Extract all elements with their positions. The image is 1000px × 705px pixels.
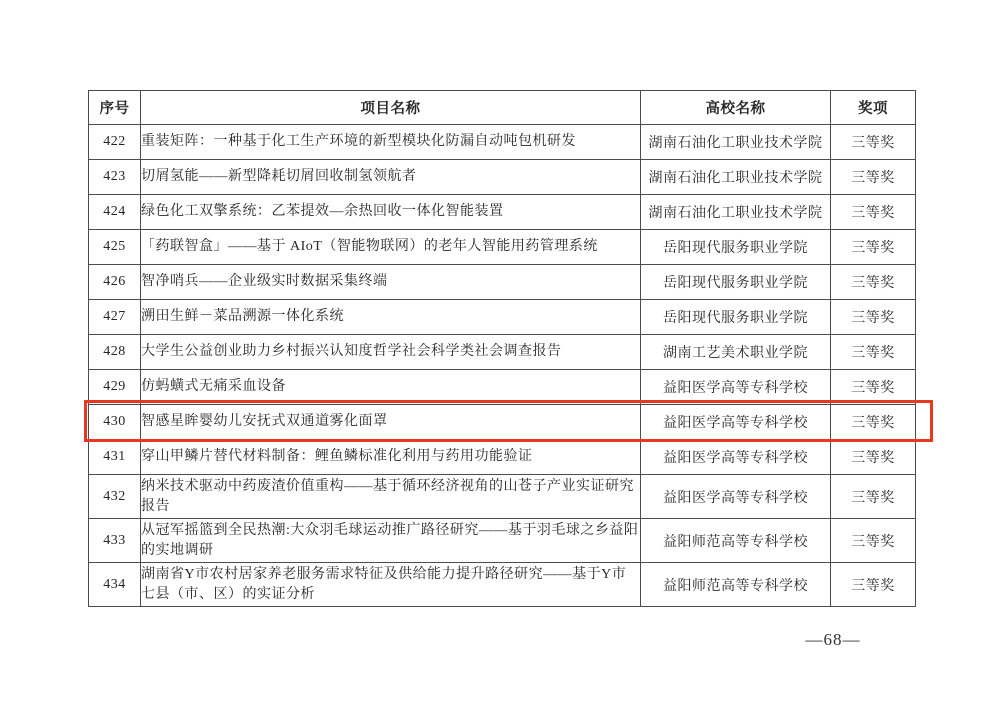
cell-project-name: 纳米技术驱动中药废渣价值重构——基于循环经济视角的山苍子产业实证研究报告 bbox=[141, 475, 641, 519]
cell-serial-number: 425 bbox=[89, 230, 141, 265]
cell-project-name: 切屑氢能——新型降耗切屑回收制氢领航者 bbox=[141, 160, 641, 195]
award-table: 序号 项目名称 高校名称 奖项 422 重装矩阵：一种基于化工生产环境的新型模块… bbox=[88, 90, 916, 607]
cell-award: 三等奖 bbox=[831, 440, 916, 475]
table-row: 433 从冠军摇篮到全民热潮:大众羽毛球运动推广路径研究——基于羽毛球之乡益阳的… bbox=[89, 519, 916, 563]
cell-school-name: 益阳医学高等专科学校 bbox=[641, 370, 831, 405]
cell-project-name: 从冠军摇篮到全民热潮:大众羽毛球运动推广路径研究——基于羽毛球之乡益阳的实地调研 bbox=[141, 519, 641, 563]
cell-serial-number: 430 bbox=[89, 405, 141, 440]
cell-award: 三等奖 bbox=[831, 125, 916, 160]
cell-serial-number: 433 bbox=[89, 519, 141, 563]
table-row-highlighted: 430 智感星眸婴幼儿安抚式双通道雾化面罩 益阳医学高等专科学校 三等奖 bbox=[89, 405, 916, 440]
cell-project-name: 仿蚂蟥式无痛采血设备 bbox=[141, 370, 641, 405]
cell-award: 三等奖 bbox=[831, 405, 916, 440]
cell-serial-number: 434 bbox=[89, 563, 141, 607]
table-row: 429 仿蚂蟥式无痛采血设备 益阳医学高等专科学校 三等奖 bbox=[89, 370, 916, 405]
header-school-name: 高校名称 bbox=[641, 91, 831, 125]
cell-school-name: 湖南石油化工职业技术学院 bbox=[641, 195, 831, 230]
cell-project-name: 大学生公益创业助力乡村振兴认知度哲学社会科学类社会调查报告 bbox=[141, 335, 641, 370]
cell-school-name: 岳阳现代服务职业学院 bbox=[641, 265, 831, 300]
cell-award: 三等奖 bbox=[831, 160, 916, 195]
cell-school-name: 岳阳现代服务职业学院 bbox=[641, 300, 831, 335]
table-row: 431 穿山甲鳞片替代材料制备：鲤鱼鳞标准化利用与药用功能验证 益阳医学高等专科… bbox=[89, 440, 916, 475]
cell-project-name: 绿色化工双擎系统：乙苯提效—余热回收一体化智能装置 bbox=[141, 195, 641, 230]
table-row: 432 纳米技术驱动中药废渣价值重构——基于循环经济视角的山苍子产业实证研究报告… bbox=[89, 475, 916, 519]
table-row: 424 绿色化工双擎系统：乙苯提效—余热回收一体化智能装置 湖南石油化工职业技术… bbox=[89, 195, 916, 230]
cell-project-name: 溯田生鲜－菜品溯源一体化系统 bbox=[141, 300, 641, 335]
cell-project-name: 湖南省Y市农村居家养老服务需求特征及供给能力提升路径研究——基于Y市七县（市、区… bbox=[141, 563, 641, 607]
document-page: 序号 项目名称 高校名称 奖项 422 重装矩阵：一种基于化工生产环境的新型模块… bbox=[0, 0, 1000, 705]
cell-project-name: 智感星眸婴幼儿安抚式双通道雾化面罩 bbox=[141, 405, 641, 440]
table-row: 426 智净哨兵——企业级实时数据采集终端 岳阳现代服务职业学院 三等奖 bbox=[89, 265, 916, 300]
page-number: —68— bbox=[793, 630, 873, 650]
table-row: 427 溯田生鲜－菜品溯源一体化系统 岳阳现代服务职业学院 三等奖 bbox=[89, 300, 916, 335]
cell-serial-number: 426 bbox=[89, 265, 141, 300]
cell-serial-number: 428 bbox=[89, 335, 141, 370]
cell-award: 三等奖 bbox=[831, 475, 916, 519]
cell-award: 三等奖 bbox=[831, 335, 916, 370]
cell-project-name: 智净哨兵——企业级实时数据采集终端 bbox=[141, 265, 641, 300]
cell-award: 三等奖 bbox=[831, 300, 916, 335]
header-award: 奖项 bbox=[831, 91, 916, 125]
cell-school-name: 益阳师范高等专科学校 bbox=[641, 563, 831, 607]
header-project-name: 项目名称 bbox=[141, 91, 641, 125]
cell-serial-number: 429 bbox=[89, 370, 141, 405]
cell-serial-number: 431 bbox=[89, 440, 141, 475]
cell-school-name: 益阳医学高等专科学校 bbox=[641, 440, 831, 475]
table-row: 425 「药联智盒」——基于 AIoT（智能物联网）的老年人智能用药管理系统 岳… bbox=[89, 230, 916, 265]
table-row: 423 切屑氢能——新型降耗切屑回收制氢领航者 湖南石油化工职业技术学院 三等奖 bbox=[89, 160, 916, 195]
cell-serial-number: 422 bbox=[89, 125, 141, 160]
cell-school-name: 湖南石油化工职业技术学院 bbox=[641, 160, 831, 195]
cell-serial-number: 423 bbox=[89, 160, 141, 195]
cell-school-name: 岳阳现代服务职业学院 bbox=[641, 230, 831, 265]
table-row: 434 湖南省Y市农村居家养老服务需求特征及供给能力提升路径研究——基于Y市七县… bbox=[89, 563, 916, 607]
cell-serial-number: 427 bbox=[89, 300, 141, 335]
cell-school-name: 益阳医学高等专科学校 bbox=[641, 405, 831, 440]
cell-award: 三等奖 bbox=[831, 563, 916, 607]
cell-project-name: 重装矩阵：一种基于化工生产环境的新型模块化防漏自动吨包机研发 bbox=[141, 125, 641, 160]
cell-serial-number: 424 bbox=[89, 195, 141, 230]
cell-award: 三等奖 bbox=[831, 265, 916, 300]
header-serial-number: 序号 bbox=[89, 91, 141, 125]
cell-project-name: 穿山甲鳞片替代材料制备：鲤鱼鳞标准化利用与药用功能验证 bbox=[141, 440, 641, 475]
cell-school-name: 湖南工艺美术职业学院 bbox=[641, 335, 831, 370]
cell-project-name: 「药联智盒」——基于 AIoT（智能物联网）的老年人智能用药管理系统 bbox=[141, 230, 641, 265]
table-row: 422 重装矩阵：一种基于化工生产环境的新型模块化防漏自动吨包机研发 湖南石油化… bbox=[89, 125, 916, 160]
cell-school-name: 益阳师范高等专科学校 bbox=[641, 519, 831, 563]
cell-award: 三等奖 bbox=[831, 195, 916, 230]
cell-award: 三等奖 bbox=[831, 230, 916, 265]
cell-serial-number: 432 bbox=[89, 475, 141, 519]
cell-school-name: 益阳医学高等专科学校 bbox=[641, 475, 831, 519]
table-row: 428 大学生公益创业助力乡村振兴认知度哲学社会科学类社会调查报告 湖南工艺美术… bbox=[89, 335, 916, 370]
cell-award: 三等奖 bbox=[831, 519, 916, 563]
cell-school-name: 湖南石油化工职业技术学院 bbox=[641, 125, 831, 160]
table-header-row: 序号 项目名称 高校名称 奖项 bbox=[89, 91, 916, 125]
cell-award: 三等奖 bbox=[831, 370, 916, 405]
